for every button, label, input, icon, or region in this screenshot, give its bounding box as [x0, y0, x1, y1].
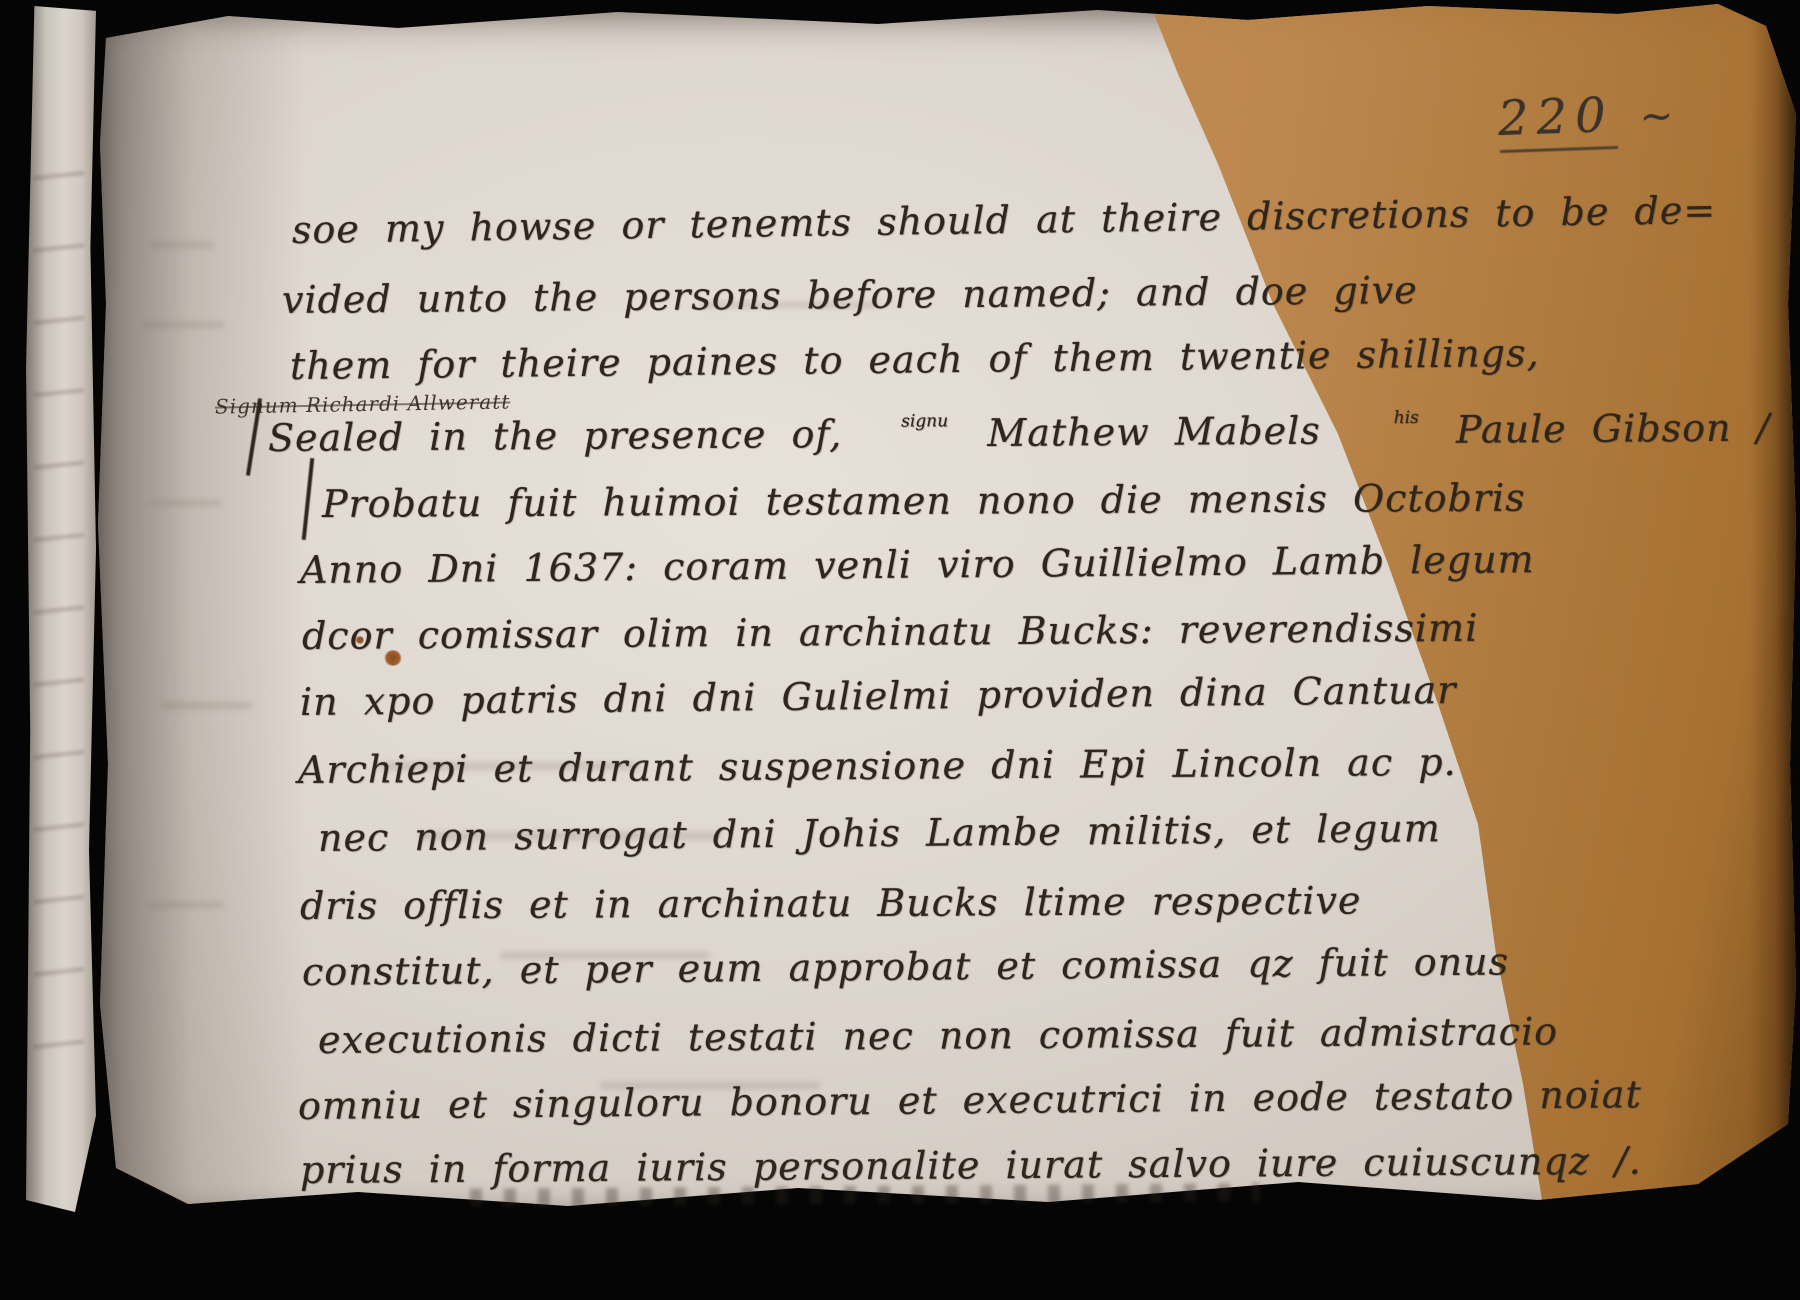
witness-name-2: Paule Gibson /: [1456, 406, 1771, 452]
manuscript-line: them for theire paines to each of them t…: [290, 331, 1540, 388]
manuscript-line: executionis dicti testati nec non comiss…: [318, 1009, 1558, 1062]
folio-flourish: ~: [1639, 93, 1674, 140]
manuscript-line: in xpo patris dni dni Gulielmi providen …: [300, 668, 1457, 724]
folio-number-text: 220: [1497, 87, 1615, 147]
manuscript-line: constitut, et per eum approbat et comiss…: [302, 939, 1509, 994]
manuscript-line: Anno Dni 1637: coram venli viro Guilliel…: [300, 537, 1535, 592]
witness-prefix: Sealed in the presence of,: [268, 412, 842, 460]
manuscript-line: prius in forma iuris personalite iurat s…: [300, 1139, 1642, 1192]
pen-flourish: [302, 458, 315, 540]
manuscript-line: dris offlis et in archinatu Bucks ltime …: [300, 878, 1362, 928]
manuscript-line: vided unto the persons before named; and…: [282, 268, 1418, 322]
his-superscript: his: [1394, 408, 1419, 428]
manuscript-line: nec non surrogat dni Johis Lambe militis…: [318, 806, 1441, 860]
folio-number: 220~: [1497, 85, 1674, 147]
manuscript-photo: 220~ soe my howse or tenemts should at t…: [0, 0, 1800, 1300]
handwritten-text-block: soe my howse or tenemts should at theire…: [0, 0, 1800, 1300]
manuscript-line: soe my howse or tenemts should at theire…: [292, 188, 1717, 252]
manuscript-line: Archiepi et durant suspensione dni Epi L…: [298, 740, 1457, 792]
witness-name-1: Mathew Mabels: [987, 409, 1321, 455]
witness-line: Sealed in the presence of, signu Mathew …: [268, 406, 1771, 460]
manuscript-line: omniu et singuloru bonoru et executrici …: [298, 1072, 1642, 1128]
manuscript-line: dcor comissar olim in archinatu Bucks: r…: [302, 606, 1479, 658]
manuscript-line: Probatu fuit huimoi testamen nono die me…: [322, 476, 1526, 526]
signum-superscript: signu: [901, 411, 948, 431]
